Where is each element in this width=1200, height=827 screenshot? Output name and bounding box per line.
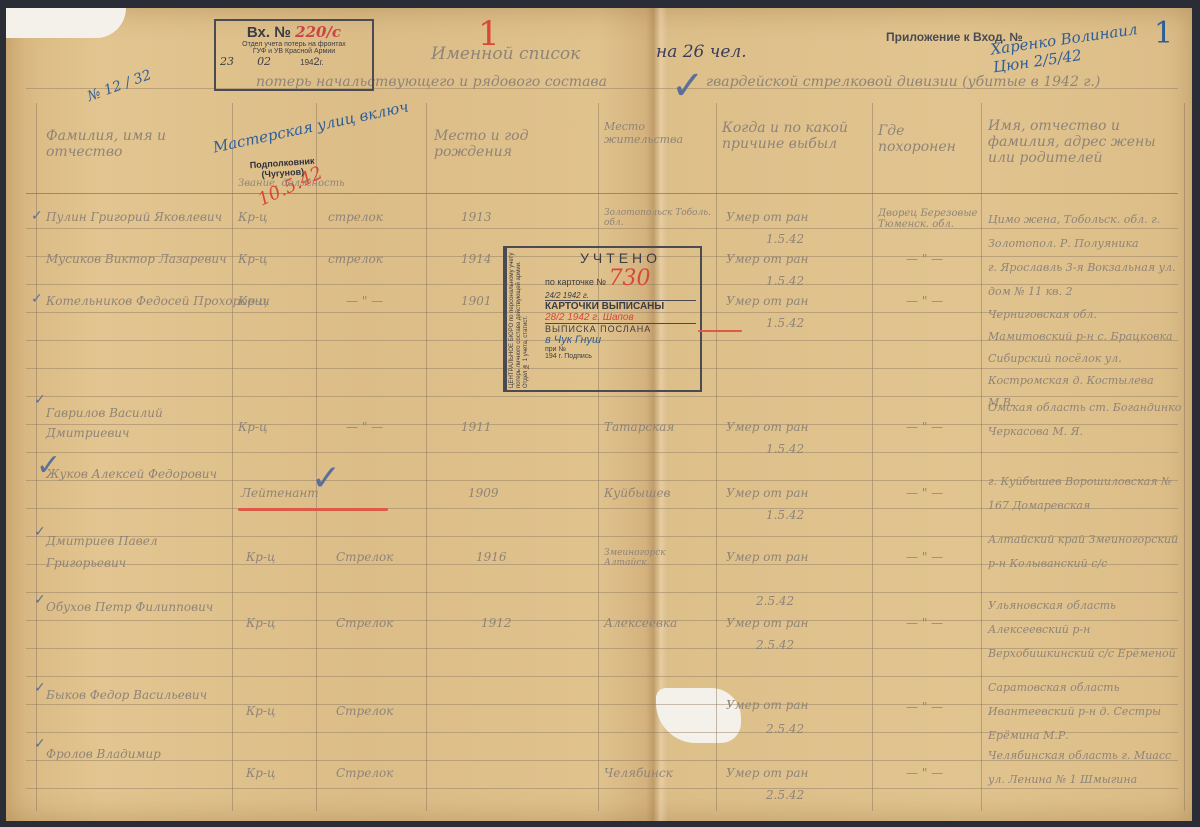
cell-name: Пулин Григорий Яковлевич [46, 210, 222, 224]
stamp-number: 220/с [295, 23, 341, 41]
cell-year: 1912 [481, 616, 512, 630]
cell-role: Стрелок [336, 704, 393, 718]
stamp-prefix: Вх. № [247, 24, 291, 41]
cell-date: 1.5.42 [766, 508, 804, 522]
cell-year: 1901 [461, 294, 492, 308]
registry-title: УЧТЕНО [545, 250, 696, 266]
cell-name: Гаврилов Василий Дмитриевич [46, 403, 226, 443]
cell-rank: Кр-ц [246, 704, 275, 718]
registry-side-text: ЦЕНТРАЛЬНОЕ БЮРО по персональному учету … [505, 248, 541, 390]
stamp-line1: Отдел учета потерь на фронтах [220, 41, 368, 48]
document-sheet: Именной список на 26 чел. потерь начальс… [6, 8, 1192, 821]
cell-year: 1916 [476, 550, 507, 564]
extract-to: в Чук Гнуш [545, 334, 696, 346]
cell-buried: — " — [906, 294, 943, 308]
blue-annotation-left: № 12 / 32 [85, 67, 153, 105]
cell-name: Дмитриев Павел Григорьевич [46, 530, 226, 574]
cell-year: 1911 [461, 420, 492, 434]
cell-buried: — " — [906, 252, 943, 266]
cell-place: Алексеевка [604, 616, 677, 630]
cell-relatives: Челябинская область г. Миасс ул. Ленина … [988, 744, 1183, 792]
unit-name: гвардейской стрелковой дивизии (убитые в… [706, 74, 1100, 90]
card-number: 730 [609, 266, 651, 291]
cell-rank: Кр-ц [246, 766, 275, 780]
cell-rank: Кр-ц [238, 294, 267, 308]
cards-written: КАРТОЧКИ ВЫПИСАНЫ [545, 300, 696, 312]
cell-buried: — " — [906, 616, 943, 630]
header-rank: Звание, должность [238, 178, 345, 189]
cell-cause: Умер от ран [726, 766, 808, 780]
incoming-stamp: Вх. № 220/с Отдел учета потерь на фронта… [214, 19, 374, 91]
extract-sent: ВЫПИСКА ПОСЛАНА [545, 323, 696, 334]
cell-relatives: Цимо жена, Тобольск. обл. г. Золотопол. … [988, 208, 1183, 256]
title-insert: на 26 чел. [656, 42, 747, 62]
cell-name: Обухов Петр Филиппович [46, 596, 226, 618]
cell-role: стрелок [328, 252, 383, 266]
cell-name: Мусиков Виктор Лазаревич [46, 252, 227, 266]
cell-date: 1.5.42 [766, 274, 804, 288]
torn-hole [656, 688, 741, 743]
torn-corner [6, 8, 126, 38]
cell-cause: Умер от ран [726, 550, 808, 564]
cell-relatives: Ульяновская область Алексеевский р-н Вер… [988, 594, 1183, 666]
cell-buried: — " — [906, 550, 943, 564]
stamp-year: 194 [300, 58, 313, 67]
header-cause: Когда и по какой причине выбыл [722, 120, 870, 152]
cell-name: Фролов Владимир [46, 743, 226, 765]
cell-place: Золотопольск Тоболь. обл. [604, 208, 714, 228]
registry-signature: Шапов [603, 312, 634, 323]
header-relatives: Имя, отчество и фамилия, адрес жены или … [988, 118, 1178, 166]
cell-rank: Кр-ц [246, 550, 275, 564]
with-no: при № [545, 346, 696, 353]
cell-rank: Кр-ц [238, 210, 267, 224]
cell-date: 2.5.42 [756, 594, 794, 608]
cell-role: — " — [346, 294, 383, 308]
cell-role: — " — [346, 420, 383, 434]
cell-rank: Кр-ц [238, 420, 267, 434]
header-birth: Место и год рождения [434, 128, 584, 160]
cell-rank: Кр-ц [246, 616, 275, 630]
registry-footer: 194 г. Подпись [545, 353, 696, 360]
registry-stamp: ЦЕНТРАЛЬНОЕ БЮРО по персональному учету … [503, 246, 702, 392]
cell-buried: — " — [906, 700, 943, 714]
cell-rank: Лейтенант [241, 486, 319, 500]
cell-date: 2.5.42 [766, 722, 804, 736]
cell-role: Стрелок [336, 766, 393, 780]
cell-rank: Кр-ц [238, 252, 267, 266]
cell-relatives: г. Куйбышев Ворошиловская № 167 Домаревс… [988, 470, 1183, 518]
cell-buried: — " — [906, 486, 943, 500]
officer-handwriting: Мастерская улиц включ [211, 97, 410, 156]
cell-cause: Умер от ран [726, 294, 808, 308]
cell-date: 1.5.42 [766, 232, 804, 246]
header-buried: Где похоронен [878, 123, 978, 155]
cell-place: Татарская [604, 420, 674, 434]
cell-cause: Умер от ран [726, 252, 808, 266]
cell-cause: Умер от ран [726, 486, 808, 500]
cell-date: 2.5.42 [756, 638, 794, 652]
card-label: по карточке № [545, 277, 606, 287]
cell-buried: — " — [906, 766, 943, 780]
cell-relatives: Алтайский край Змеиногорский р-н Колыван… [988, 528, 1183, 576]
cell-date: 1.5.42 [766, 316, 804, 330]
stamp-day: 23 [220, 55, 234, 68]
red-mark: 1 [478, 14, 500, 54]
header-name: Фамилия, имя и отчество [46, 128, 226, 160]
stamp-year-label: г. [320, 58, 324, 67]
cell-cause: Умер от ран [726, 420, 808, 434]
cell-relatives: г. Ярославль 3-я Вокзальная ул. дом № 11… [988, 256, 1183, 304]
cell-year: 1909 [468, 486, 499, 500]
registry-date1: 24/2 1942 г. [545, 291, 696, 300]
cell-buried: Дворец Березовые Тюменск. обл. [878, 208, 978, 230]
cell-buried: — " — [906, 420, 943, 434]
cell-year: 1914 [461, 252, 492, 266]
cell-relatives: Саратовская область Ивантеевский р-н д. … [988, 676, 1183, 748]
cell-place: Челябинск [604, 766, 673, 780]
title-line1: Именной список [431, 44, 580, 64]
header-residence: Место жительства [604, 120, 714, 146]
cell-year: 1913 [461, 210, 492, 224]
cell-cause: Умер от ран [726, 698, 808, 712]
cell-role: стрелок [328, 210, 383, 224]
stamp-line2: ГУФ и УВ Красной Армии [220, 48, 368, 55]
cell-cause: Умер от ран [726, 616, 808, 630]
cell-role: Стрелок [336, 616, 393, 630]
cell-date: 2.5.42 [766, 788, 804, 802]
cell-role: Стрелок [336, 550, 393, 564]
cell-cause: Умер от ран [726, 210, 808, 224]
cell-date: 1.5.42 [766, 442, 804, 456]
cell-place: Куйбышев [604, 486, 671, 500]
cell-relatives: Омская область ст. Богандинко Черкасова … [988, 396, 1183, 444]
cell-name: Быков Федор Васильевич [46, 684, 226, 706]
cell-name: Котельников Федосей Прохорович [46, 294, 270, 308]
registry-date2: 28/2 1942 г. [545, 312, 600, 323]
stamp-month: 02 [257, 55, 271, 68]
corner-mark: 1 [1154, 16, 1173, 51]
blue-signature: Харенко Волинаил Цюн 2/5/42 [989, 16, 1172, 77]
cell-name: Жуков Алексей Федорович [46, 463, 226, 485]
cell-place: Змеиногорск Алтайск. [604, 548, 714, 568]
